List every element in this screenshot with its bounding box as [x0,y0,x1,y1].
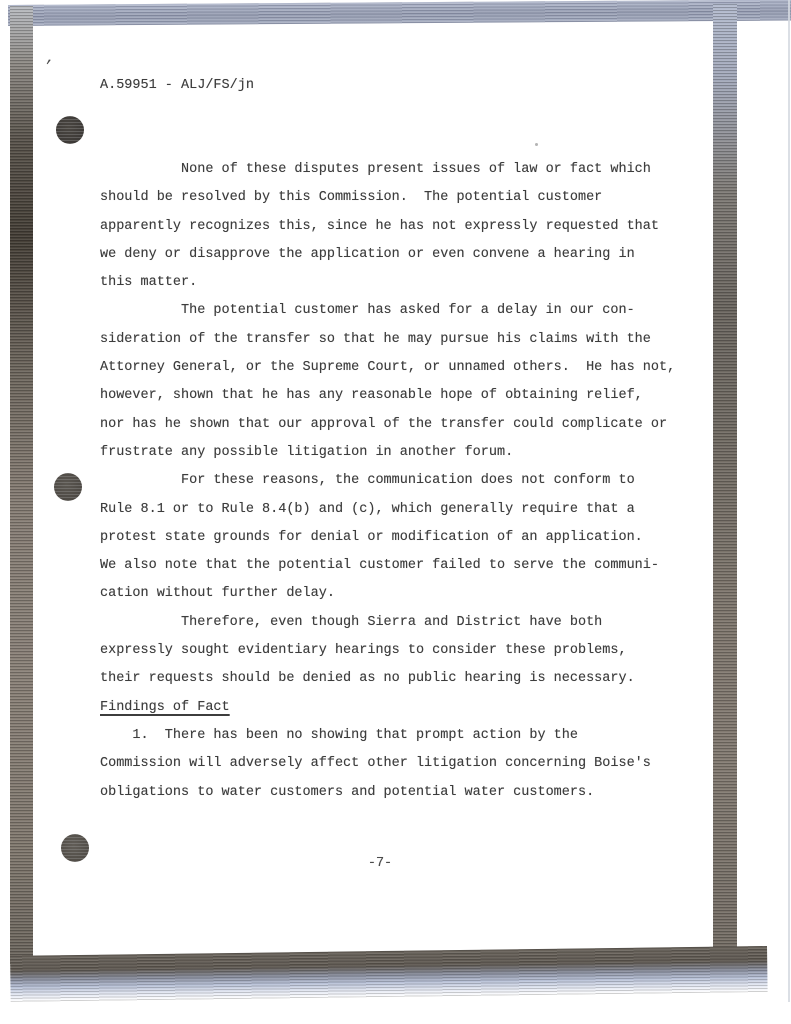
scan-edge-bottom [10,946,768,1002]
document-line: should be resolved by this Commission. T… [100,184,700,212]
document-line: cation without further delay. [100,580,700,608]
scan-speck [535,143,538,146]
document-line: Therefore, even though Sierra and Distri… [100,609,700,637]
document-line: None of these disputes present issues of… [100,156,700,184]
document-line: however, shown that he has any reasonabl… [100,382,700,410]
document-line: We also note that the potential customer… [100,552,700,580]
document-line: obligations to water customers and poten… [100,779,700,807]
scanned-document-page: , A.59951 - ALJ/FS/jn None of these disp… [0,0,791,1024]
hole-punch-mark [61,834,89,862]
document-header: A.59951 - ALJ/FS/jn [100,78,254,93]
document-line: this matter. [100,269,700,297]
document-line: Attorney General, or the Supreme Court, … [100,354,700,382]
hole-punch-mark [56,116,84,144]
document-line: Commission will adversely affect other l… [100,750,700,778]
document-line: their requests should be denied as no pu… [100,665,700,693]
document-line: 1. There has been no showing that prompt… [100,722,700,750]
document-line: The potential customer has asked for a d… [100,297,700,325]
page-number: -7- [100,856,660,871]
document-line: we deny or disapprove the application or… [100,241,700,269]
scan-edge-right [713,4,737,950]
document-body: None of these disputes present issues of… [100,156,700,807]
document-line: frustrate any possible litigation in ano… [100,439,700,467]
document-line: apparently recognizes this, since he has… [100,213,700,241]
document-line: Rule 8.1 or to Rule 8.4(b) and (c), whic… [100,496,700,524]
document-line: nor has he shown that our approval of th… [100,411,700,439]
scan-edge-top [8,0,791,26]
scan-edge-left [10,6,33,964]
document-line: protest state grounds for denial or modi… [100,524,700,552]
section-heading-line: Findings of Fact [100,694,700,722]
hole-punch-mark [54,473,82,501]
scan-edge-line [788,0,790,1002]
document-line: sideration of the transfer so that he ma… [100,326,700,354]
stray-ink-mark: , [44,49,56,68]
document-line: expressly sought evidentiary hearings to… [100,637,700,665]
document-line: For these reasons, the communication doe… [100,467,700,495]
